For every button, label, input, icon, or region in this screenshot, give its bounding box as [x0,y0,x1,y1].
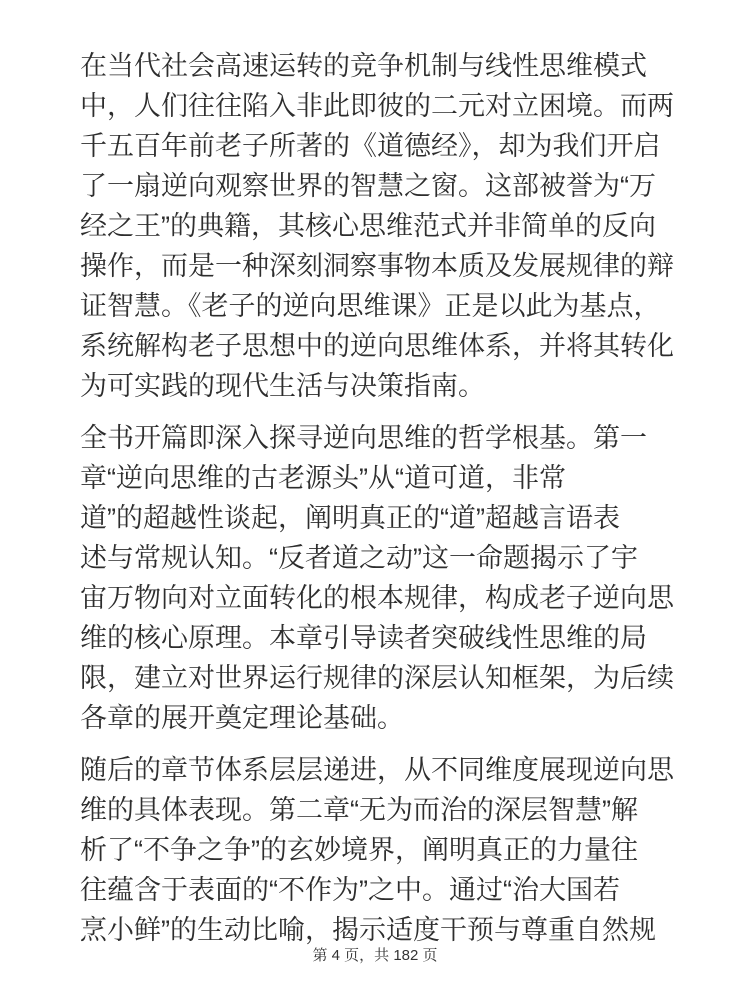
text-line: 了一扇逆向观察世界的智慧之窗。这部被誉为“万 [80,166,672,206]
text-line: 述与常规认知。“反者道之动”这一命题揭示了宇 [80,538,672,578]
text-line: 往蕴含于表面的“不作为”之中。通过“治大国若 [80,870,672,910]
text-line: 烹小鲜”的生动比喻，揭示适度干预与尊重自然规 [80,910,672,950]
text-line: 随后的章节体系层层递进，从不同维度展现逆向思 [80,750,672,790]
document-body: 在当代社会高速运转的竞争机制与线性思维模式中，人们往往陷入非此即彼的二元对立困境… [0,0,750,950]
page-indicator: 第 4 页，共 182 页 [0,946,750,966]
text-line: 千五百年前老子所著的《道德经》，却为我们开启 [80,126,672,166]
paragraph: 在当代社会高速运转的竞争机制与线性思维模式中，人们往往陷入非此即彼的二元对立困境… [80,46,672,406]
text-line: 为可实践的现代生活与决策指南。 [80,366,672,406]
paragraph: 全书开篇即深入探寻逆向思维的哲学根基。第一章“逆向思维的古老源头”从“道可道，非… [80,418,672,738]
document-page: 在当代社会高速运转的竞争机制与线性思维模式中，人们往往陷入非此即彼的二元对立困境… [0,0,750,1000]
text-line: 道”的超越性谈起，阐明真正的“道”超越言语表 [80,498,672,538]
text-line: 各章的展开奠定理论基础。 [80,698,672,738]
text-line: 中，人们往往陷入非此即彼的二元对立困境。而两 [80,86,672,126]
text-line: 章“逆向思维的古老源头”从“道可道，非常 [80,458,672,498]
text-line: 维的具体表现。第二章“无为而治的深层智慧”解 [80,790,672,830]
text-line: 系统解构老子思想中的逆向思维体系，并将其转化 [80,326,672,366]
text-line: 析了“不争之争”的玄妙境界，阐明真正的力量往 [80,830,672,870]
text-line: 经之王”的典籍，其核心思维范式并非简单的反向 [80,206,672,246]
paragraph: 随后的章节体系层层递进，从不同维度展现逆向思维的具体表现。第二章“无为而治的深层… [80,750,672,950]
text-line: 操作，而是一种深刻洞察事物本质及发展规律的辩 [80,246,672,286]
text-line: 宙万物向对立面转化的根本规律，构成老子逆向思 [80,578,672,618]
text-line: 限，建立对世界运行规律的深层认知框架，为后续 [80,658,672,698]
text-line: 在当代社会高速运转的竞争机制与线性思维模式 [80,46,672,86]
text-line: 证智慧。《老子的逆向思维课》正是以此为基点， [80,286,672,326]
text-line: 维的核心原理。本章引导读者突破线性思维的局 [80,618,672,658]
text-line: 全书开篇即深入探寻逆向思维的哲学根基。第一 [80,418,672,458]
